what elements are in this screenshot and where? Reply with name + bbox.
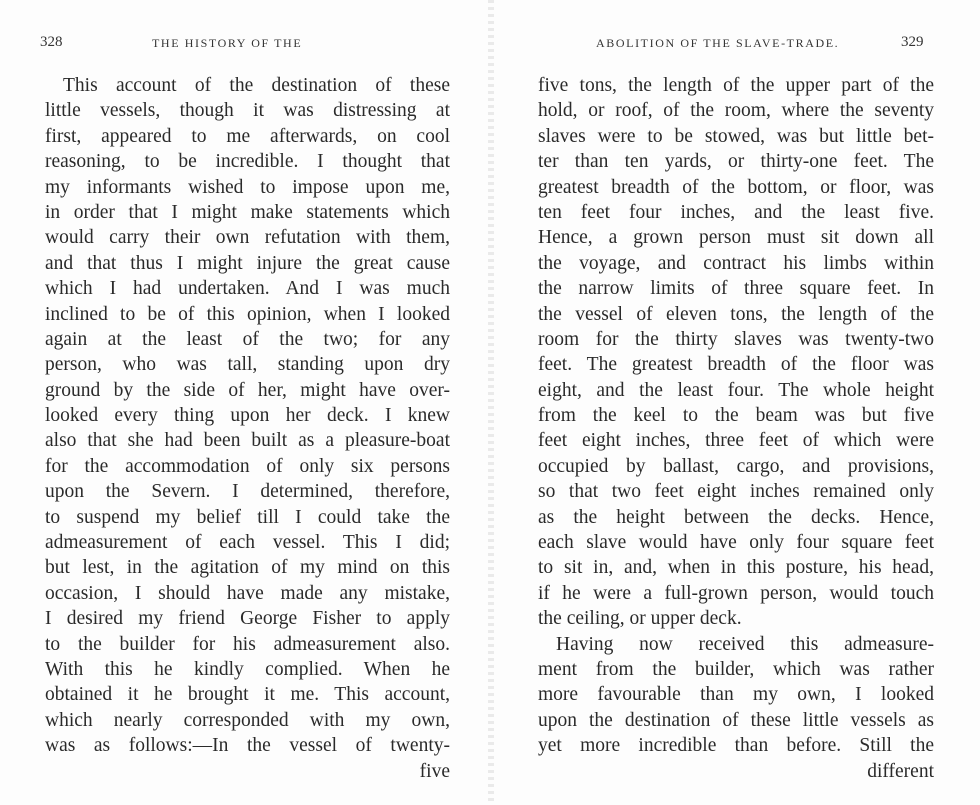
page-body-text: five tons, the length of the upper part … [538, 73, 934, 784]
page-body-text: This account of the destination of these… [45, 73, 450, 784]
text-line: for the accommodation of only six person… [45, 454, 450, 479]
text-line: person, who was tall, standing upon dry [45, 352, 450, 377]
text-line: in order that I might make statements wh… [45, 200, 450, 225]
text-line: which I had undertaken. And I was much [45, 276, 450, 301]
text-line: ten feet four inches, and the least five… [538, 200, 934, 225]
text-line: each slave would have only four square f… [538, 530, 934, 555]
text-line: to suspend my belief till I could take t… [45, 505, 450, 530]
text-line: to the builder for his admeasurement als… [45, 632, 450, 657]
catchword: five [45, 759, 450, 784]
text-line: ment from the builder, which was rather [538, 657, 934, 682]
text-line: the voyage, and contract his limbs withi… [538, 251, 934, 276]
page-number: 329 [901, 34, 924, 51]
catchword: different [538, 759, 934, 784]
text-line: admeasurement of each vessel. This I did… [45, 530, 450, 555]
text-line: was as follows:—In the vessel of twenty- [45, 733, 450, 758]
text-line: again at the least of the two; for any [45, 327, 450, 352]
text-line: the vessel of eleven tons, the length of… [538, 302, 934, 327]
text-line: my informants wished to impose upon me, [45, 175, 450, 200]
text-line: This account of the destination of these [45, 73, 450, 98]
text-line: also that she had been built as a pleasu… [45, 428, 450, 453]
text-line: and that thus I might injure the great c… [45, 251, 450, 276]
text-line: ground by the side of her, might have ov… [45, 378, 450, 403]
text-line: to sit in, and, when in this posture, hi… [538, 555, 934, 580]
text-line: eight, and the least four. The whole hei… [538, 378, 934, 403]
text-line: I desired my friend George Fisher to app… [45, 606, 450, 631]
text-line: five tons, the length of the upper part … [538, 73, 934, 98]
text-line: room for the thirty slaves was twenty-tw… [538, 327, 934, 352]
text-line: would carry their own refutation with th… [45, 225, 450, 250]
text-line: upon the destination of these little ves… [538, 708, 934, 733]
text-line: ter than ten yards, or thirty-one feet. … [538, 149, 934, 174]
text-line: feet eight inches, three feet of which w… [538, 428, 934, 453]
text-line: yet more incredible than before. Still t… [538, 733, 934, 758]
text-line: Having now received this admeasure- [538, 632, 934, 657]
left-page: 328 THE HISTORY OF THE This account of t… [0, 0, 490, 805]
text-line: the ceiling, or upper deck. [538, 606, 934, 631]
right-page: ABOLITION OF THE SLAVE-TRADE. 329 five t… [490, 0, 980, 805]
text-line: occasion, I should have made any mistake… [45, 581, 450, 606]
text-line: as the height between the decks. Hence, [538, 505, 934, 530]
text-line: the narrow limits of three square feet. … [538, 276, 934, 301]
text-line: obtained it he brought it me. This accou… [45, 682, 450, 707]
text-line: more favourable than my own, I looked [538, 682, 934, 707]
text-line: little vessels, though it was distressin… [45, 98, 450, 123]
text-line: looked every thing upon her deck. I knew [45, 403, 450, 428]
text-line: slaves were to be stowed, was but little… [538, 124, 934, 149]
running-head: THE HISTORY OF THE [152, 36, 302, 51]
text-line: first, appeared to me afterwards, on coo… [45, 124, 450, 149]
text-line: so that two feet eight inches remained o… [538, 479, 934, 504]
text-line: if he were a full-grown person, would to… [538, 581, 934, 606]
text-line: feet. The greatest breadth of the floor … [538, 352, 934, 377]
text-line: With this he kindly complied. When he [45, 657, 450, 682]
text-line: but lest, in the agitation of my mind on… [45, 555, 450, 580]
running-head: ABOLITION OF THE SLAVE-TRADE. [596, 36, 839, 51]
text-line: greatest breadth of the bottom, or floor… [538, 175, 934, 200]
text-line: from the keel to the beam was but five [538, 403, 934, 428]
text-line: Hence, a grown person must sit down all [538, 225, 934, 250]
text-line: inclined to be of this opinion, when I l… [45, 302, 450, 327]
text-line: which nearly corresponded with my own, [45, 708, 450, 733]
text-line: hold, or roof, of the room, where the se… [538, 98, 934, 123]
page-number: 328 [40, 34, 63, 51]
text-line: upon the Severn. I determined, therefore… [45, 479, 450, 504]
text-line: occupied by ballast, cargo, and provisio… [538, 454, 934, 479]
text-line: reasoning, to be incredible. I thought t… [45, 149, 450, 174]
